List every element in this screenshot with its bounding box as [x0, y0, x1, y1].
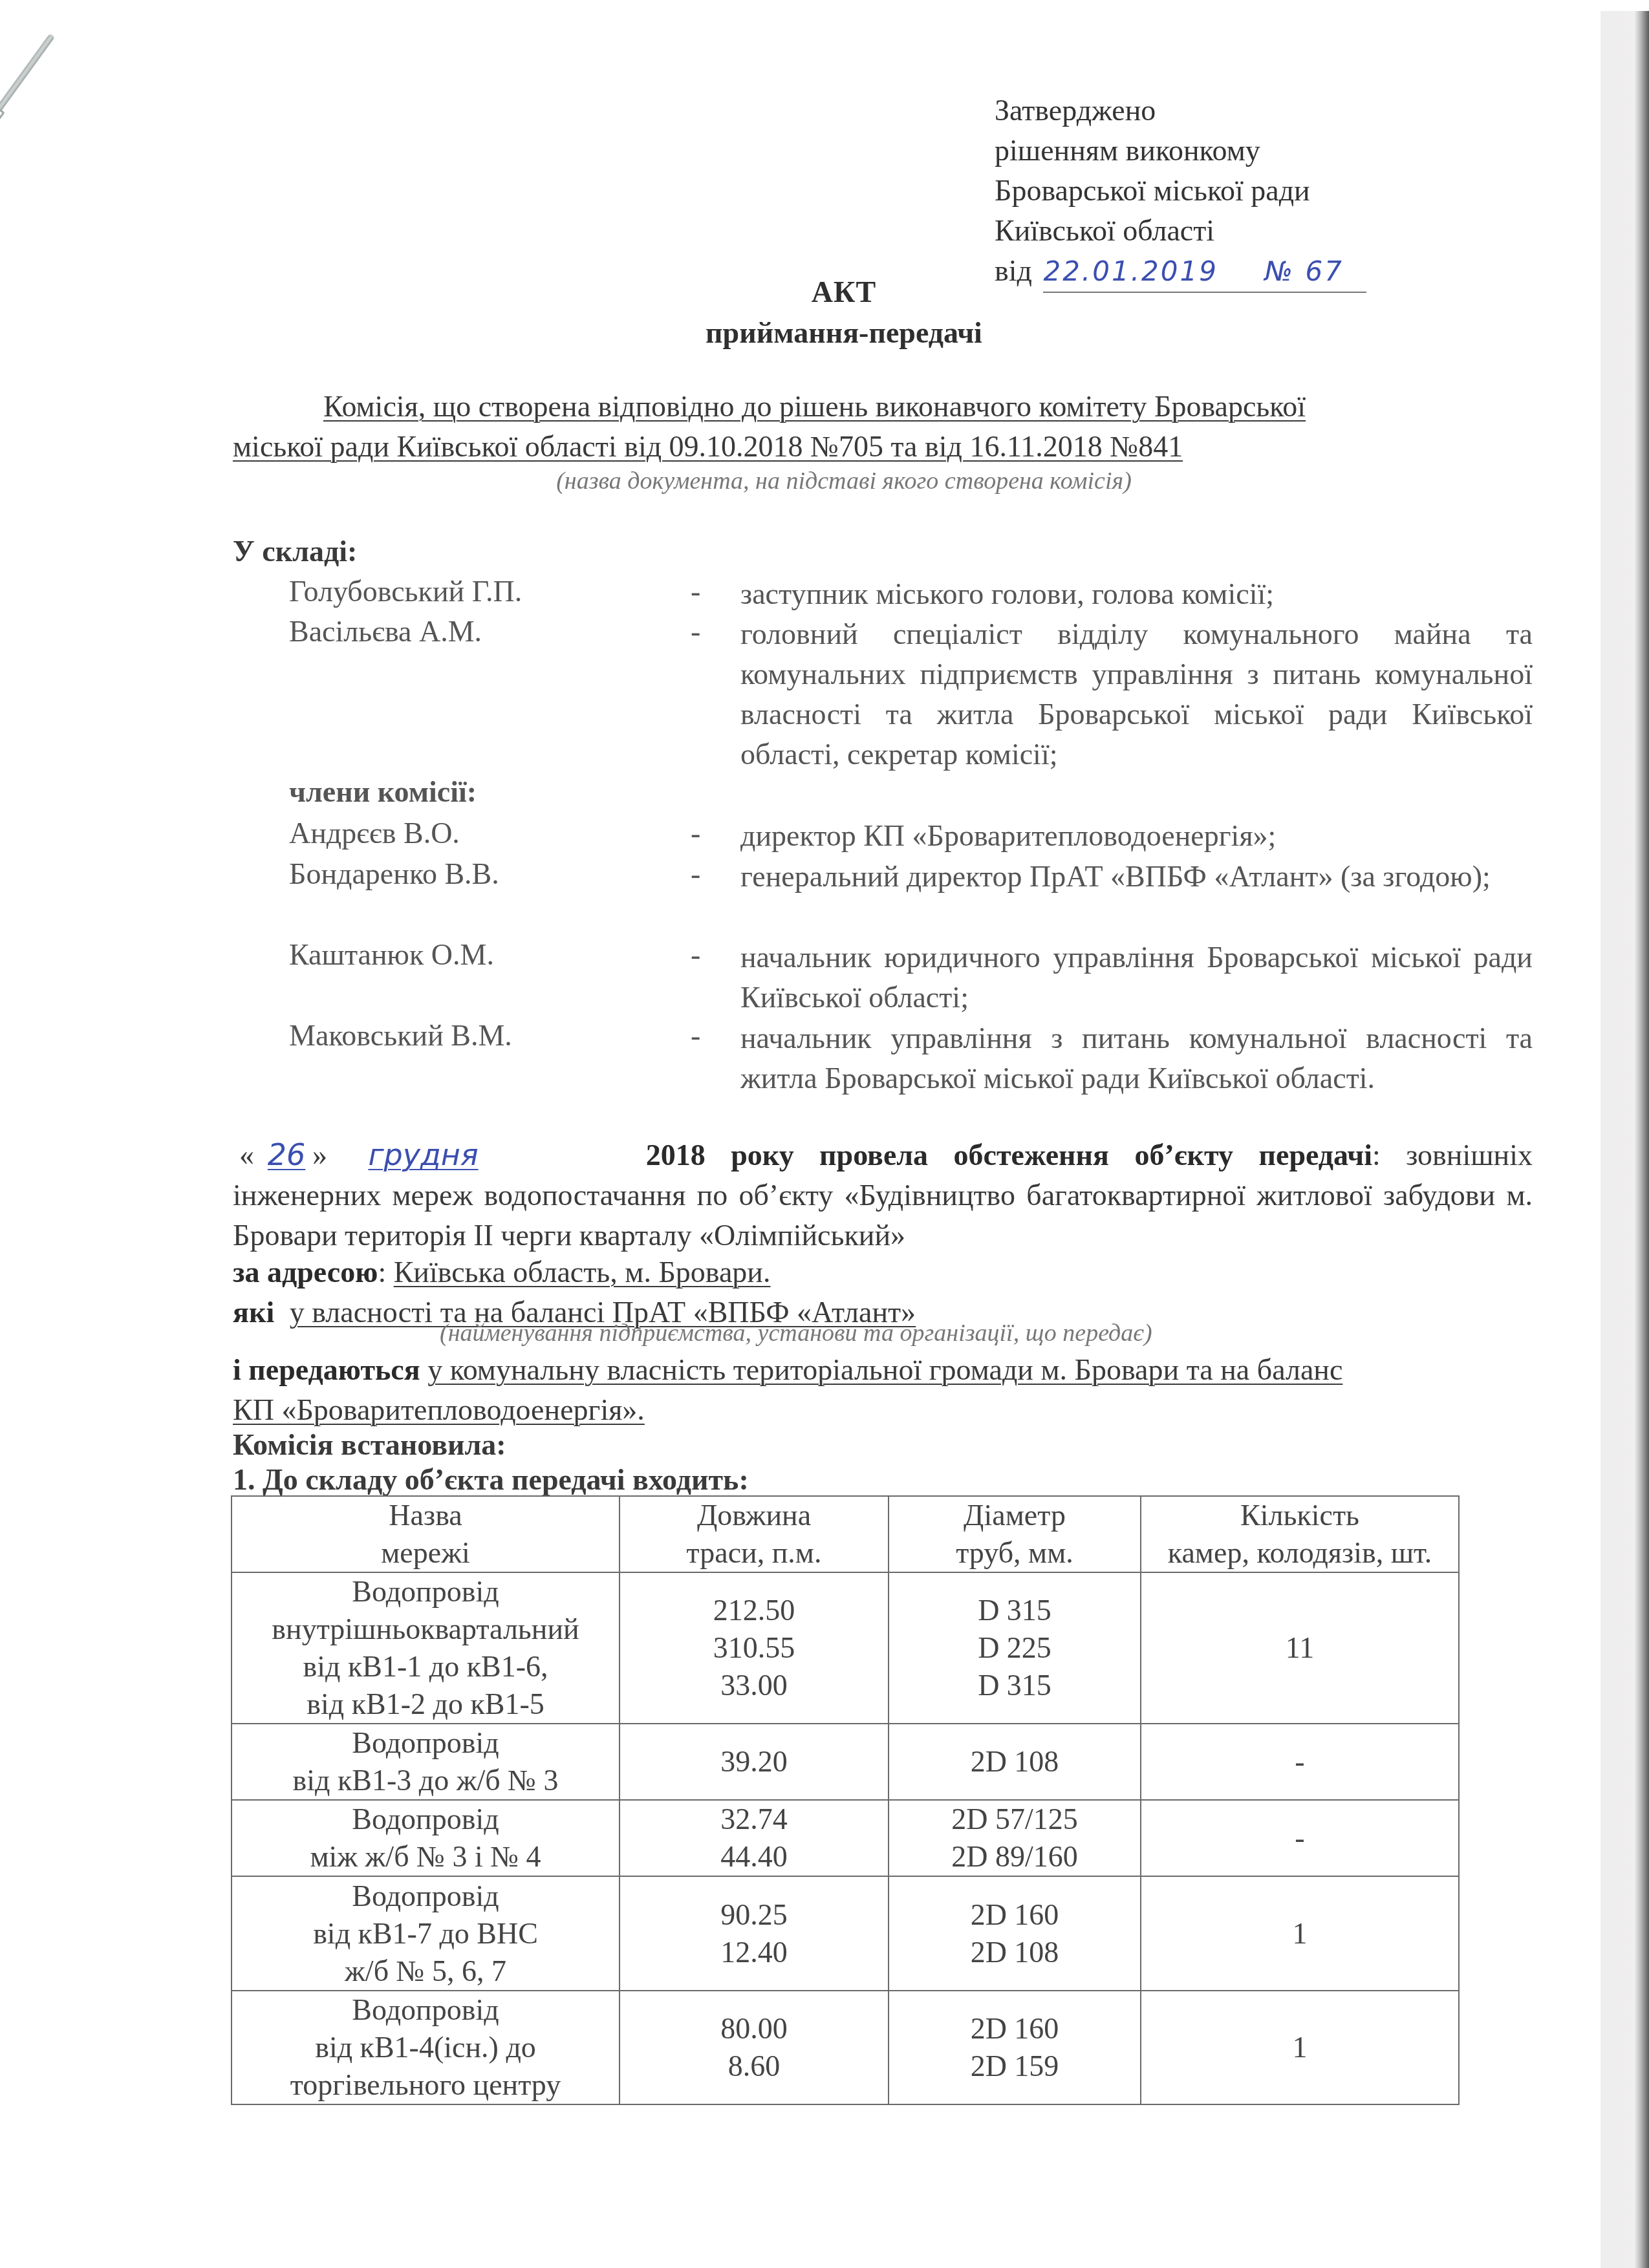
transfer-line2: КП «Броваритепловодоенергія».	[233, 1393, 645, 1427]
member-dash: -	[691, 1018, 700, 1053]
cell-network-name: Водопровідвід кВ1-4(існ.) доторгівельног…	[232, 1991, 620, 2104]
member-dash: -	[691, 574, 700, 608]
inspection-month: грудня	[361, 1135, 620, 1175]
assets-table: Назвамережі Довжинатраси, п.м. Діаметртр…	[231, 1495, 1460, 2105]
table-row: Водопровідміж ж/б № 3 і № 432.7444.402D …	[232, 1800, 1459, 1876]
table-row: Водопровідвід кВ1-3 до ж/б № 339.202D 10…	[232, 1724, 1459, 1800]
transfer-line1: і передаються у комунальну власність тер…	[233, 1353, 1342, 1387]
address-line: за адресою: Київська область, м. Бровари…	[233, 1255, 770, 1289]
approval-line: Затверджено	[995, 91, 1366, 131]
member-role: головний спеціаліст відділу комунального…	[740, 614, 1533, 775]
member-name: Васільєва А.М.	[289, 614, 482, 648]
member-role: генеральний директор ПрАТ «ВПБФ «Атлант»…	[740, 857, 1533, 897]
cell-chamber-count: -	[1141, 1724, 1459, 1800]
approval-block: Затверджено рішенням виконкому Броварськ…	[995, 91, 1366, 293]
cell-pipe-diameter: 2D 108	[889, 1724, 1141, 1800]
owner-caption: (найменування підприємства, установи та …	[440, 1319, 1152, 1347]
col-header-diameter: Діаметртруб, мм.	[889, 1496, 1141, 1572]
commission-basis-line1: Комісія, що створена відповідно до рішен…	[323, 389, 1306, 423]
members-heading: члени комісії:	[289, 775, 477, 809]
composition-heading: У складі:	[233, 534, 357, 568]
col-header-name: Назвамережі	[232, 1496, 620, 1572]
quote-close: »	[312, 1139, 327, 1171]
cell-route-length: 80.008.60	[620, 1991, 889, 2104]
table-row: Водопровідвнутрішньоквартальнийвід кВ1-1…	[232, 1572, 1459, 1724]
cell-network-name: Водопровідвід кВ1-3 до ж/б № 3	[232, 1724, 620, 1800]
commission-basis-caption: (назва документа, на підставі якого ство…	[0, 467, 1649, 495]
commission-basis-line2: міської ради Київської області від 09.10…	[233, 429, 1183, 464]
member-name: Маковський В.М.	[289, 1018, 512, 1053]
cell-chamber-count: 11	[1141, 1572, 1459, 1724]
col-header-length: Довжинатраси, п.м.	[620, 1496, 889, 1572]
table-header-row: Назвамережі Довжинатраси, п.м. Діаметртр…	[232, 1496, 1459, 1572]
inspection-bold-text: 2018 року провела обстеження об’єкту пер…	[646, 1139, 1372, 1171]
member-dash: -	[691, 614, 700, 648]
approval-line: рішенням виконкому	[995, 131, 1366, 171]
cell-route-length: 90.2512.40	[620, 1876, 889, 1991]
cell-pipe-diameter: 2D 1602D 108	[889, 1876, 1141, 1991]
member-dash: -	[691, 857, 700, 891]
cell-route-length: 212.50310.5533.00	[620, 1572, 889, 1724]
cell-route-length: 32.7444.40	[620, 1800, 889, 1876]
address-label: за адресою	[233, 1256, 378, 1289]
quote-open: «	[239, 1139, 254, 1171]
cell-pipe-diameter: 2D 1602D 159	[889, 1991, 1141, 2104]
member-name: Каштанюк О.М.	[289, 937, 494, 972]
approval-line: Броварської міської ради	[995, 171, 1366, 211]
cell-pipe-diameter: D 315D 225D 315	[889, 1572, 1141, 1724]
cell-pipe-diameter: 2D 57/1252D 89/160	[889, 1800, 1141, 1876]
member-name: Бондаренко В.В.	[289, 857, 499, 891]
approval-line: Київської області	[995, 211, 1366, 251]
paperclip-icon	[0, 33, 55, 115]
col-header-count: Кількістькамер, колодязів, шт.	[1141, 1496, 1459, 1572]
table-row: Водопровідвід кВ1-7 до ВНСж/б № 5, 6, 79…	[232, 1876, 1459, 1991]
cell-network-name: Водопровідміж ж/б № 3 і № 4	[232, 1800, 620, 1876]
member-name: Андрєєв В.О.	[289, 816, 460, 850]
transfer-label: і передаються	[233, 1353, 420, 1386]
member-role: директор КП «Броваритепловодоенергія»;	[740, 816, 1533, 856]
cell-network-name: Водопровідвнутрішньоквартальнийвід кВ1-1…	[232, 1572, 620, 1724]
findings-item1: 1. До складу об’єкта передачі входить:	[233, 1462, 749, 1497]
document-title: АКТ	[0, 275, 1649, 309]
member-role: заступник міського голови, голова комісі…	[740, 574, 1533, 614]
table-row: Водопровідвід кВ1-4(існ.) доторгівельног…	[232, 1991, 1459, 2104]
member-dash: -	[691, 816, 700, 850]
cell-chamber-count: 1	[1141, 1876, 1459, 1991]
document-subtitle: приймання-передачі	[0, 316, 1649, 350]
member-role: начальник управління з питань комунально…	[740, 1018, 1533, 1098]
member-role: начальник юридичного управління Броварсь…	[740, 937, 1533, 1018]
owner-label: які	[233, 1296, 274, 1329]
transfer-value: у комунальну власність територіальної гр…	[427, 1353, 1342, 1386]
cell-route-length: 39.20	[620, 1724, 889, 1800]
address-value: Київська область, м. Бровари.	[394, 1256, 771, 1289]
member-dash: -	[691, 937, 700, 972]
findings-heading: Комісія встановила:	[233, 1428, 506, 1462]
cell-chamber-count: -	[1141, 1800, 1459, 1876]
inspection-day: 26	[254, 1135, 312, 1175]
member-name: Голубовський Г.П.	[289, 574, 522, 608]
cell-network-name: Водопровідвід кВ1-7 до ВНСж/б № 5, 6, 7	[232, 1876, 620, 1991]
cell-chamber-count: 1	[1141, 1991, 1459, 2104]
inspection-paragraph: «26» грудня 2018 року провела обстеження…	[233, 1135, 1533, 1256]
